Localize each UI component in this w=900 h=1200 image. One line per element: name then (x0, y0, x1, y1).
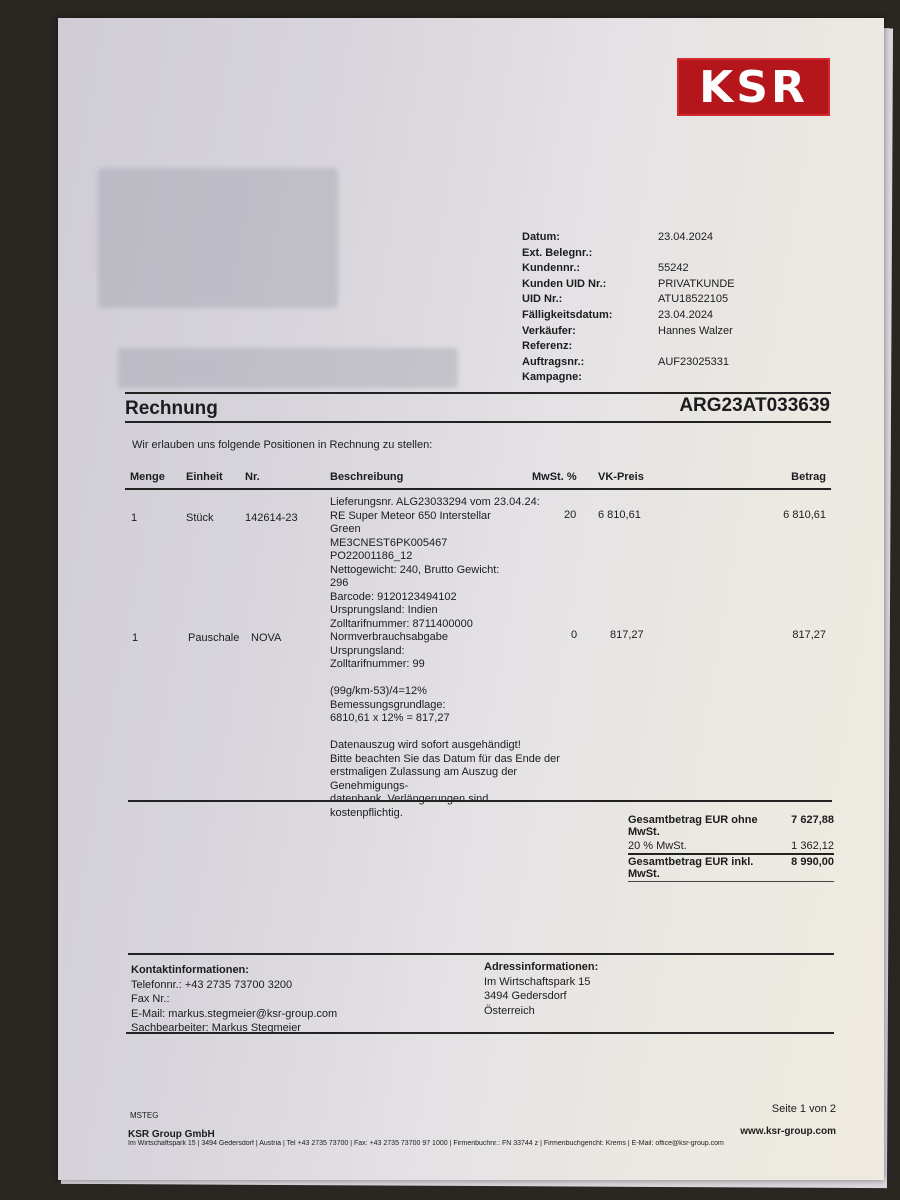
row-nr: NOVA (251, 632, 281, 646)
meta-value (658, 246, 822, 262)
meta-row: Auftragsnr.:AUF23025331 (522, 355, 822, 371)
row-description: NormverbrauchsabgabeUrsprungsland:Zollta… (330, 631, 560, 820)
description-line: (99g/km-53)/4=12% (330, 685, 560, 699)
invoice-page: KSR Datum:23.04.2024Ext. Belegnr.:Kunden… (58, 18, 884, 1180)
description-line: Nettogewicht: 240, Brutto Gewicht: (330, 564, 560, 578)
total-gross-row: Gesamtbetrag EUR inkl. MwSt. 8 990,00 (628, 856, 834, 880)
meta-value (658, 370, 822, 386)
description-line: 6810,61 x 12% = 817,27 (330, 712, 560, 726)
total-net-row: Gesamtbetrag EUR ohne MwSt. 7 627,88 (628, 814, 834, 838)
description-line: Zolltarifnummer: 8711400000 (330, 618, 560, 632)
header-menge: Menge (130, 471, 165, 483)
description-line: Datenauszug wird sofort ausgehändigt! (330, 739, 560, 753)
meta-row: Kundennr.:55242 (522, 261, 822, 277)
address-country: Österreich (484, 1004, 598, 1019)
row-description: Lieferungsnr. ALG23033294 vom 23.04.24:R… (330, 496, 560, 631)
meta-value: AUF23025331 (658, 355, 822, 371)
table-end-rule (128, 800, 832, 802)
meta-value: ATU18522105 (658, 292, 822, 308)
gross-rule (628, 881, 834, 882)
vat-value: 1 362,12 (791, 840, 834, 852)
description-line: Zolltarifnummer: 99 (330, 658, 560, 672)
vat-row: 20 % MwSt. 1 362,12 (628, 840, 834, 852)
address-info: Adressinformationen: Im Wirtschaftspark … (484, 960, 598, 1018)
meta-value: 23.04.2024 (658, 308, 822, 324)
footer-company-name: KSR Group GmbH (128, 1129, 215, 1140)
meta-label: Kunden UID Nr.: (522, 277, 658, 293)
totals-block: Gesamtbetrag EUR ohne MwSt. 7 627,88 20 … (628, 814, 834, 882)
description-line: erstmaligen Zulassung am Auszug der Gene… (330, 766, 560, 793)
description-line: Barcode: 9120123494102 (330, 591, 560, 605)
meta-value: Hannes Walzer (658, 324, 822, 340)
footer-website-link[interactable]: www.ksr-group.com (740, 1126, 836, 1137)
header-einheit: Einheit (186, 471, 223, 483)
address-street: Im Wirtschaftspark 15 (484, 975, 598, 990)
meta-label: Verkäufer: (522, 324, 658, 340)
description-line: RE Super Meteor 650 Interstellar (330, 510, 560, 524)
contact-info: Kontaktinformationen: Telefonnr.: +43 27… (131, 963, 337, 1036)
description-line: Bitte beachten Sie das Datum für das End… (330, 753, 560, 767)
description-line: datenbank. Verlängerungen sind kostenpfl… (330, 793, 560, 820)
invoice-number: ARG23AT033639 (679, 395, 830, 417)
header-betrag: Betrag (791, 471, 826, 483)
document-title: Rechnung (125, 398, 218, 420)
redacted-address-lines (118, 348, 458, 388)
meta-value: 23.04.2024 (658, 230, 822, 246)
meta-row: Datum:23.04.2024 (522, 230, 822, 246)
row-nr: 142614-23 (245, 512, 298, 526)
header-rule (125, 488, 831, 490)
description-line: ME3CNEST6PK005467 (330, 537, 560, 551)
intro-text: Wir erlauben uns folgende Positionen in … (132, 439, 432, 451)
total-gross-label: Gesamtbetrag EUR inkl. MwSt. (628, 856, 768, 880)
total-gross-value: 8 990,00 (791, 856, 834, 880)
description-line: Bemessungsgrundlage: (330, 699, 560, 713)
contact-fax: Fax Nr.: (131, 992, 337, 1007)
meta-label: Auftragsnr.: (522, 355, 658, 371)
ksr-logo: KSR (677, 58, 830, 116)
meta-label: Referenz: (522, 339, 658, 355)
description-line: Ursprungsland: (330, 645, 560, 659)
description-line: Green (330, 523, 560, 537)
meta-value: 55242 (658, 261, 822, 277)
header-mwst: MwSt. % (532, 471, 577, 483)
total-net-value: 7 627,88 (791, 814, 834, 838)
meta-label: Ext. Belegnr.: (522, 246, 658, 262)
description-line (330, 672, 560, 686)
page-indicator: Seite 1 von 2 (772, 1103, 836, 1115)
meta-label: UID Nr.: (522, 292, 658, 308)
title-rule-bottom (125, 421, 831, 423)
row-betrag: 817,27 (792, 629, 826, 643)
row-vk-preis: 817,27 (610, 629, 644, 643)
meta-row: Referenz: (522, 339, 822, 355)
address-heading: Adressinformationen: (484, 960, 598, 975)
footer-user-code: MSTEG (130, 1111, 158, 1120)
contact-phone: Telefonnr.: +43 2735 73700 3200 (131, 978, 337, 993)
header-nr: Nr. (245, 471, 260, 483)
meta-row: Fälligkeitsdatum:23.04.2024 (522, 308, 822, 324)
header-vk-preis: VK-Preis (598, 471, 644, 483)
logo-text: KSR (699, 62, 808, 113)
description-line: Ursprungsland: Indien (330, 604, 560, 618)
meta-label: Fälligkeitsdatum: (522, 308, 658, 324)
meta-row: UID Nr.:ATU18522105 (522, 292, 822, 308)
address-city: 3494 Gedersdorf (484, 989, 598, 1004)
row-vk-preis: 6 810,61 (598, 509, 641, 523)
meta-row: Kunden UID Nr.:PRIVATKUNDE (522, 277, 822, 293)
meta-row: Kampagne: (522, 370, 822, 386)
row-mwst: 20 (564, 509, 576, 523)
row-menge: 1 (131, 512, 137, 526)
meta-label: Datum: (522, 230, 658, 246)
meta-value (658, 339, 822, 355)
row-mwst: 0 (571, 629, 577, 643)
redacted-address-block (98, 168, 338, 308)
vat-rule (628, 853, 834, 855)
meta-row: Ext. Belegnr.: (522, 246, 822, 262)
contact-rule-bottom (126, 1032, 834, 1034)
total-net-label: Gesamtbetrag EUR ohne MwSt. (628, 814, 768, 838)
meta-value: PRIVATKUNDE (658, 277, 822, 293)
meta-row: Verkäufer:Hannes Walzer (522, 324, 822, 340)
row-einheit: Stück (186, 512, 214, 526)
contact-rule-top (128, 953, 834, 955)
description-line: 296 (330, 577, 560, 591)
description-line (330, 726, 560, 740)
description-line: Normverbrauchsabgabe (330, 631, 560, 645)
row-betrag: 6 810,61 (783, 509, 826, 523)
meta-label: Kampagne: (522, 370, 658, 386)
contact-email[interactable]: E-Mail: markus.stegmeier@ksr-group.com (131, 1007, 337, 1022)
footer-legal-info: Im Wirtschaftspark 15 | 3494 Gedersdorf … (128, 1140, 840, 1147)
header-beschreibung: Beschreibung (330, 471, 403, 483)
vat-label: 20 % MwSt. (628, 840, 768, 852)
description-line: PO22001186_12 (330, 550, 560, 564)
row-einheit: Pauschale (188, 632, 239, 646)
row-menge: 1 (132, 632, 138, 646)
contact-heading: Kontaktinformationen: (131, 963, 337, 978)
title-rule-top (125, 392, 831, 394)
meta-label: Kundennr.: (522, 261, 658, 277)
description-line: Lieferungsnr. ALG23033294 vom 23.04.24: (330, 496, 560, 510)
invoice-meta: Datum:23.04.2024Ext. Belegnr.:Kundennr.:… (522, 230, 822, 386)
